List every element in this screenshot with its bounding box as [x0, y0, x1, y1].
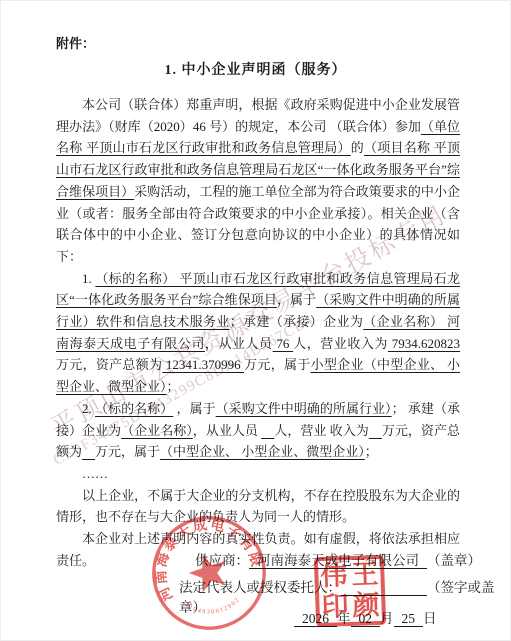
underlined-text: （采购文件中明确的所属行业）	[216, 401, 392, 416]
paragraph: 本公司（联合体）郑重声明，根据《政府采购促进中小企业发展管理办法》（财库（202…	[56, 94, 460, 268]
paragraph: 以上企业，不属于大企业的分支机构，不存在控股股东为大企业的情形，也不存在与大企业…	[56, 485, 460, 528]
text-segment: 以上企业，不属于大企业的分支机构，不存在控股股东为大企业的情形，也不存在与大企业…	[56, 488, 460, 525]
personal-seal-char: 伟	[320, 562, 348, 590]
text-segment: 1.	[82, 271, 95, 286]
paragraph: 2. （标的名称） ，属于（采购文件中明确的所属行业）； 承建（承接）企业为（企…	[56, 398, 460, 463]
paragraph: ……	[56, 463, 460, 485]
underlined-text: （标的名称）	[95, 401, 173, 416]
text-segment: ，属于	[173, 401, 215, 416]
text-segment: 万元，属于	[95, 444, 160, 459]
text-segment: ；	[167, 379, 180, 394]
personal-seal-char: 颜	[352, 592, 380, 620]
text-segment: 2.	[82, 401, 95, 416]
declaration-document-page: 平顶山市公共资源交易平台投标专用 CE0F34875D1043299C8DA14…	[0, 0, 511, 641]
seal-registration-number: 4104930012902	[182, 586, 243, 625]
underlined-text	[261, 423, 274, 438]
personal-seal-char: 王	[351, 561, 379, 589]
text-segment: ，属于	[277, 292, 316, 307]
text-segment: ；	[365, 444, 378, 459]
underlined-text: 12341.370996	[162, 357, 244, 372]
supplier-stamp-note: （盖章）	[427, 553, 481, 568]
personal-seal: 伟王印颜	[314, 555, 386, 627]
text-segment: 人，营业 收入为	[274, 423, 368, 438]
text-segment: ；承建（承接）企业为	[230, 314, 364, 329]
underlined-text: 7934.620823	[388, 336, 460, 351]
text-segment: ……	[82, 466, 108, 481]
underlined-text: （企业名称）	[121, 423, 193, 438]
attachment-label: 附件：	[56, 33, 95, 52]
text-segment: 人，营业收入为	[293, 336, 388, 351]
underlined-text: 76	[273, 336, 294, 351]
text-segment: 万元，资产总额为	[56, 357, 162, 372]
personal-seal-char: 印	[321, 593, 349, 621]
date-day-unit: 日	[423, 611, 437, 626]
text-segment: 万元，属于	[244, 357, 310, 372]
document-title: 1. 中小企业声明函（服务）	[1, 59, 510, 79]
star-icon	[184, 548, 232, 595]
document-body: 本公司（联合体）郑重声明，根据《政府采购促进中小企业发展管理办法》（财库（202…	[56, 94, 460, 571]
underlined-text	[369, 423, 382, 438]
svg-text:4104930012902: 4104930012902	[182, 586, 243, 625]
underlined-text	[82, 444, 95, 459]
text-segment: 本公司（联合体）郑重声明，根据《政府采购促进中小企业发展管理办法》（财库（202…	[56, 97, 460, 134]
text-segment: ，从业人员	[193, 423, 261, 438]
text-segment: ，从业人员	[205, 336, 273, 351]
paragraph: 1. （标的名称） 平顶山市石龙区行政审批和政务信息管理局石龙区“一体化政务服务…	[56, 268, 460, 398]
date-day: 25	[394, 611, 424, 627]
underlined-text: （中型企业、 小型企业、微型企业）	[160, 444, 365, 459]
text-segment: 的	[351, 140, 364, 155]
